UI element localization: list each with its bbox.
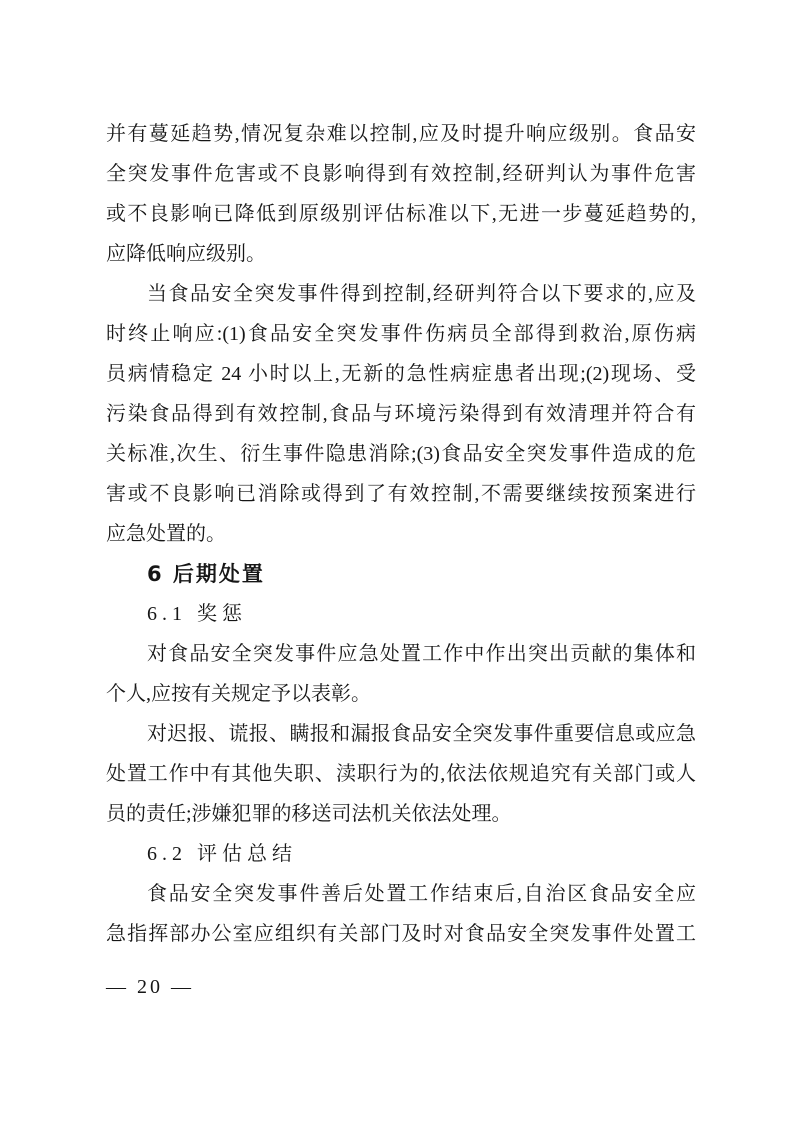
paragraph-line: 害或不良影响已消除或得到了有效控制,不需要继续按预案进行 xyxy=(106,474,696,514)
paragraph-line: 并有蔓延趋势,情况复杂难以控制,应及时提升响应级别。食品安 xyxy=(106,114,696,154)
paragraph-line: 当食品安全突发事件得到控制,经研判符合以下要求的,应及 xyxy=(106,274,696,314)
paragraph-line: 处置工作中有其他失职、渎职行为的,依法依规追究有关部门或人 xyxy=(106,754,696,794)
paragraph-line: 个人,应按有关规定予以表彰。 xyxy=(106,674,696,714)
paragraph-line: 全突发事件危害或不良影响得到有效控制,经研判认为事件危害 xyxy=(106,154,696,194)
paragraph-line: 食品安全突发事件善后处置工作结束后,自治区食品安全应 xyxy=(106,874,696,914)
page-number: — 20 — xyxy=(106,972,194,1002)
paragraph-line: 污染食品得到有效控制,食品与环境污染得到有效清理并符合有 xyxy=(106,394,696,434)
paragraph-line: 应急处置的。 xyxy=(106,514,696,554)
document-page: 并有蔓延趋势,情况复杂难以控制,应及时提升响应级别。食品安 全突发事件危害或不良… xyxy=(0,0,793,1122)
paragraph-line: 急指挥部办公室应组织有关部门及时对食品安全突发事件处置工 xyxy=(106,914,696,954)
paragraph-line: 员的责任;涉嫌犯罪的移送司法机关依法处理。 xyxy=(106,794,696,834)
paragraph-line: 或不良影响已降低到原级别评估标准以下,无进一步蔓延趋势的, xyxy=(106,194,696,234)
section-heading-6: 6 后期处置 xyxy=(106,554,696,594)
paragraph-line: 员病情稳定 24 小时以上,无新的急性病症患者出现;(2)现场、受 xyxy=(106,354,696,394)
subsection-heading-61: 6.1 奖惩 xyxy=(106,594,696,634)
paragraph-line: 对迟报、谎报、瞒报和漏报食品安全突发事件重要信息或应急 xyxy=(106,714,696,754)
paragraph-line: 对食品安全突发事件应急处置工作中作出突出贡献的集体和 xyxy=(106,634,696,674)
document-text-block: 并有蔓延趋势,情况复杂难以控制,应及时提升响应级别。食品安 全突发事件危害或不良… xyxy=(106,114,696,954)
paragraph-line: 关标准,次生、衍生事件隐患消除;(3)食品安全突发事件造成的危 xyxy=(106,434,696,474)
subsection-heading-62: 6.2 评估总结 xyxy=(106,834,696,874)
paragraph-line: 应降低响应级别。 xyxy=(106,234,696,274)
paragraph-line: 时终止响应:(1)食品安全突发事件伤病员全部得到救治,原伤病 xyxy=(106,314,696,354)
